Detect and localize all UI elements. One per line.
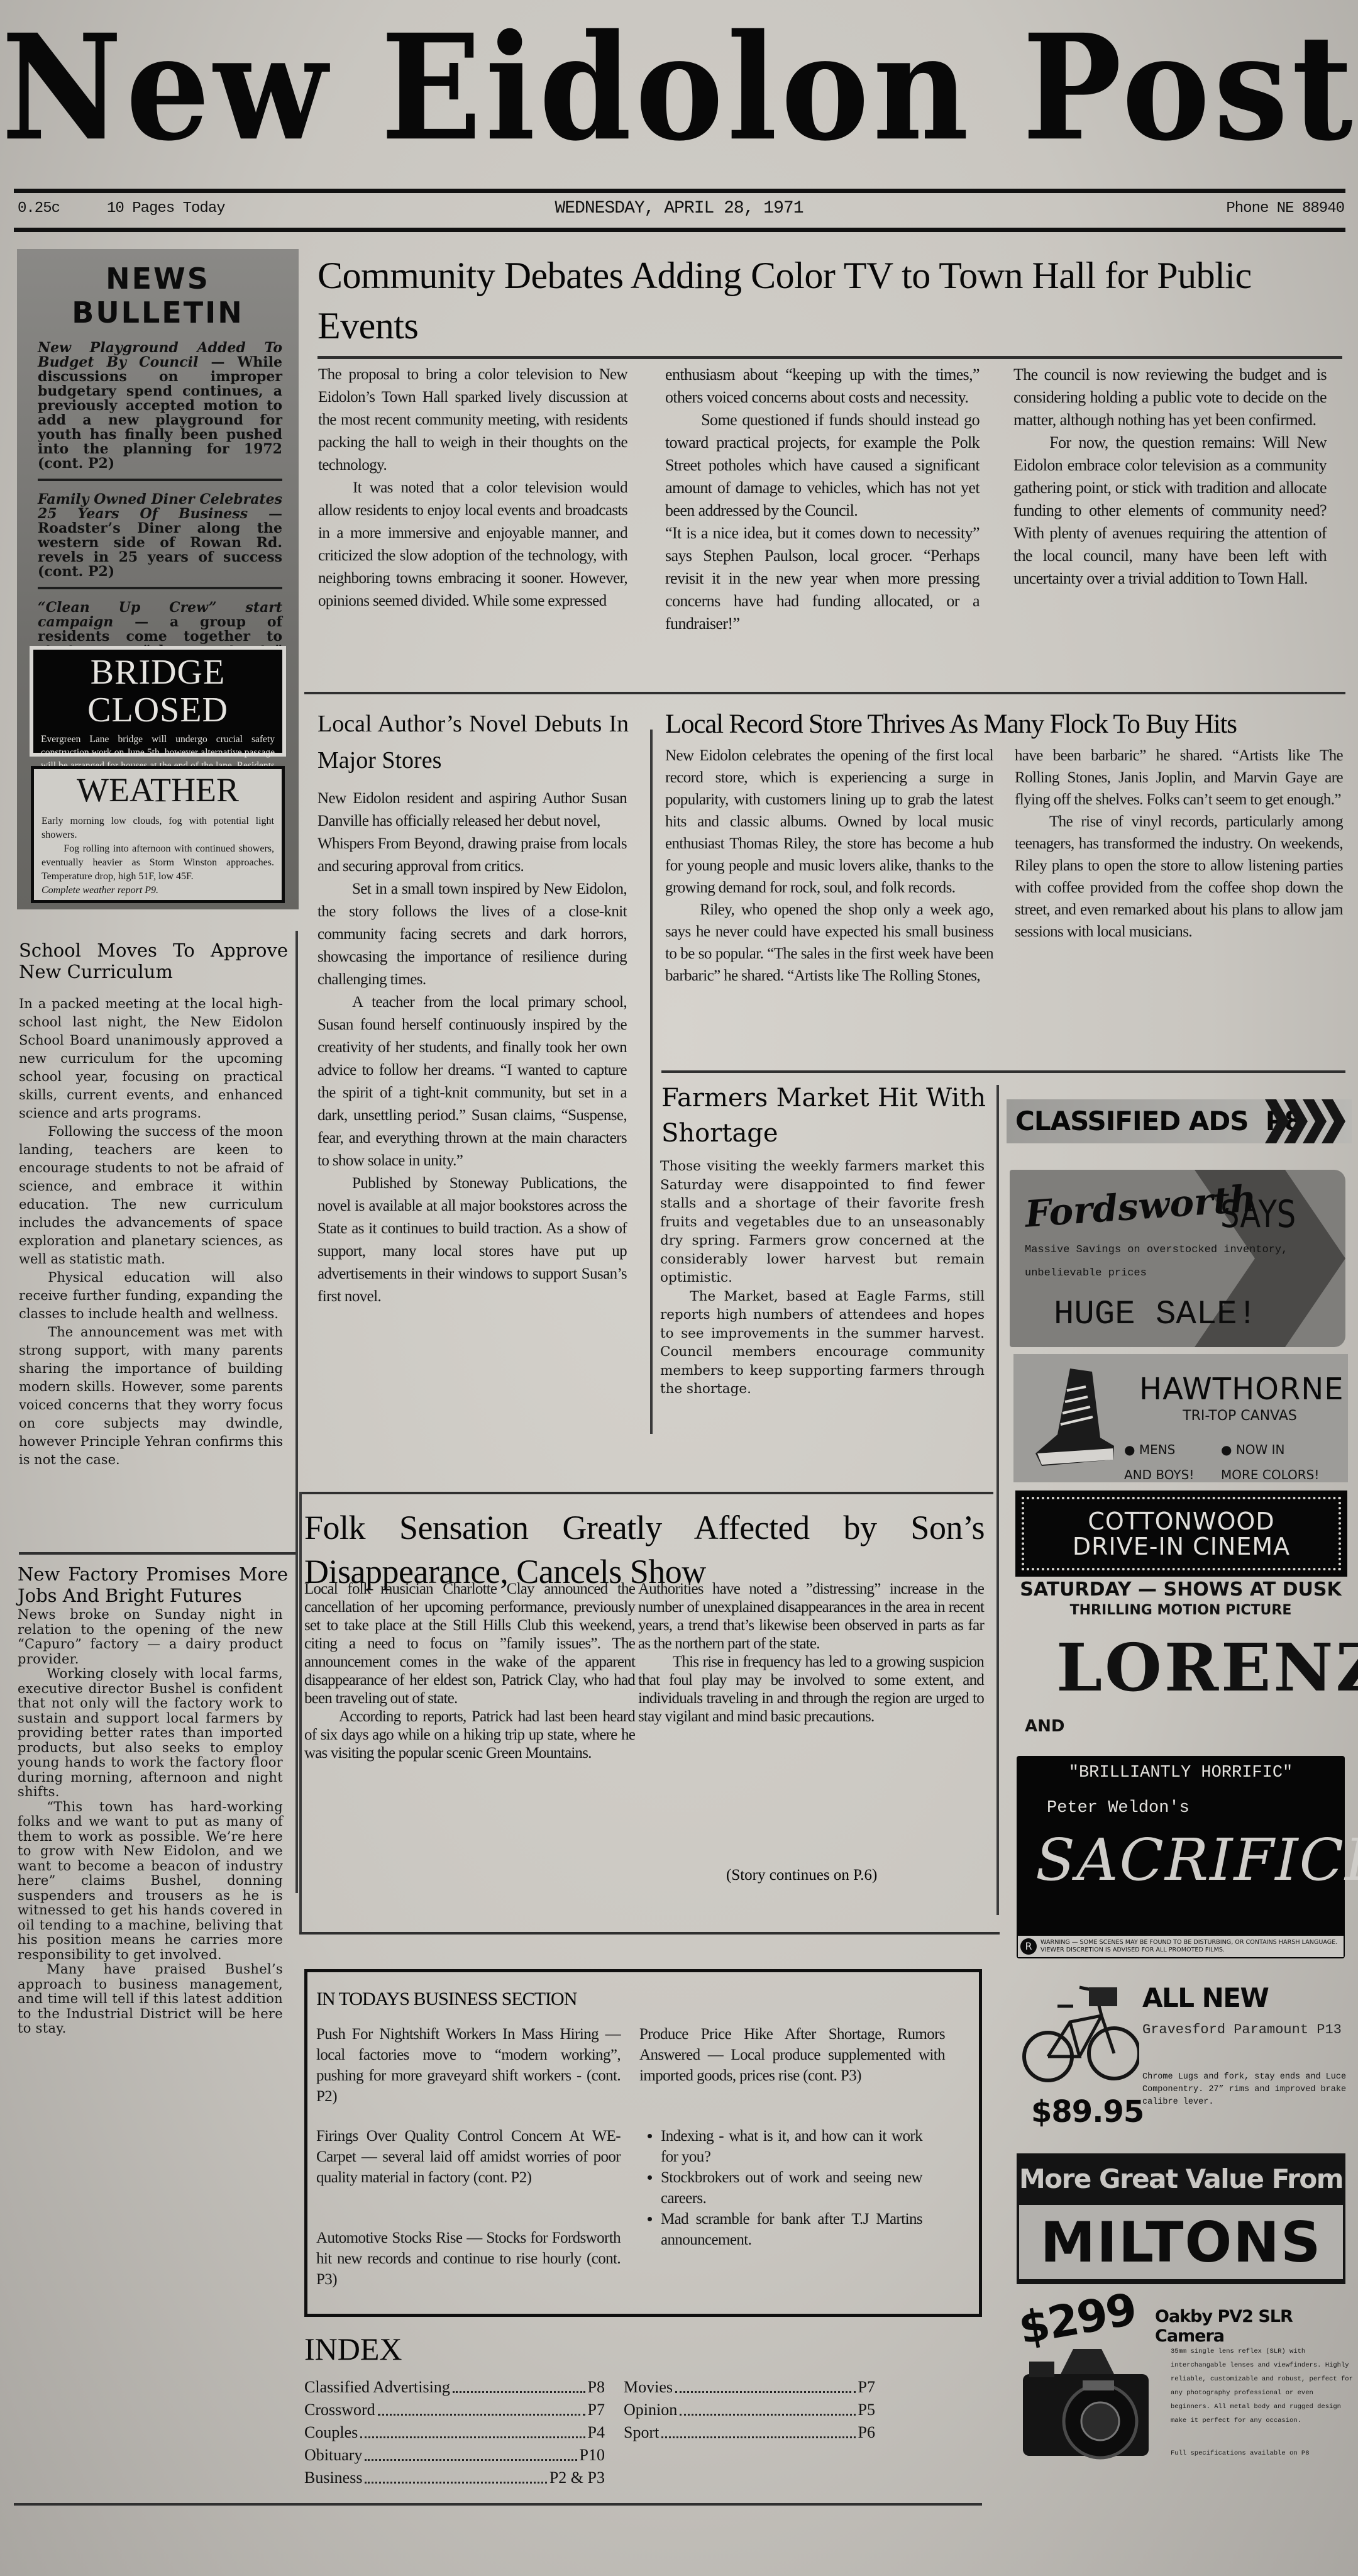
bridge-closed-notice: BRIDGE CLOSED Evergreen Lane bridge will… [30, 646, 286, 757]
business-item[interactable]: Firings Over Quality Control Concern At … [316, 2126, 621, 2188]
bulletin-item[interactable]: Family Owned Diner Celebrates 25 Years O… [38, 492, 282, 579]
lead-column-3: The council is now reviewing the budget … [1013, 364, 1327, 590]
camera-name: Oakby PV2 SLR Camera [1155, 2307, 1353, 2346]
miltons-tagline: More Great Value From [1019, 2153, 1343, 2205]
hawthorne-point-colors: ● NOW INMORE COLORS! [1221, 1437, 1319, 1487]
index-entry[interactable]: MoviesP7 [624, 2376, 875, 2399]
school-headline[interactable]: School Moves To Approve New Curriculum [19, 940, 288, 982]
issue-date: WEDNESDAY, APRIL 28, 1971 [0, 199, 1358, 218]
column-divider [996, 1085, 999, 1915]
index-entry[interactable]: CouplesP4 [304, 2421, 605, 2444]
factory-body: News broke on Sunday night in relation t… [18, 1607, 283, 2036]
weather-box: WEATHER Early morning low clouds, fog wi… [31, 766, 285, 903]
index-left-column: Classified AdvertisingP8 CrosswordP7 Cou… [304, 2376, 605, 2489]
footer-rule [14, 2503, 982, 2506]
bicycle-ad[interactable]: $89.95 ALL NEW Gravesford Paramount P13 … [1013, 1968, 1353, 2138]
masthead-rule-bottom [14, 228, 1345, 232]
factory-headline[interactable]: New Factory Promises More Jobs And Brigh… [18, 1563, 288, 1606]
bicycle-price: $89.95 [1031, 2094, 1144, 2129]
column-divider [299, 1492, 302, 1932]
camera-icon [1020, 2346, 1155, 2462]
camera-specs-link[interactable]: Full specifications available on P8 [1171, 2450, 1310, 2457]
farmers-body: Those visiting the weekly farmers market… [660, 1157, 985, 1399]
school-body: In a packed meeting at the local high-sc… [19, 995, 283, 1469]
bulletin-headline: Family Owned Diner Celebrates 25 Years O… [38, 491, 282, 522]
lead-column-2: enthusiasm about “keeping up with the ti… [665, 364, 980, 635]
index-entry[interactable]: CrosswordP7 [304, 2399, 605, 2421]
miltons-brand-box: MILTONS [1019, 2205, 1343, 2279]
record-headline[interactable]: Local Record Store Thrives As Many Flock… [665, 704, 1350, 745]
column-divider [650, 730, 653, 1434]
business-item[interactable]: Automotive Stocks Rise — Stocks for Ford… [316, 2228, 621, 2290]
record-column-2: have been barbaric” he shared. “Artists … [1015, 745, 1343, 943]
column-divider [295, 931, 298, 1893]
hawthorne-point-mens: ● MENSAND BOYS! [1124, 1437, 1194, 1487]
business-bullet-list: Indexing - what is it, and how can it wo… [639, 2126, 922, 2250]
cinema-name-2: DRIVE-IN CINEMA [1073, 1534, 1290, 1559]
film-warning: R WARNING — SOME SCENES MAY BE FOUND TO … [1018, 1936, 1344, 1957]
folk-continued-link[interactable]: (Story continues on P.6) [726, 1867, 877, 1884]
business-bullet[interactable]: Stockbrokers out of work and seeing new … [661, 2167, 922, 2209]
section-rule [661, 1070, 1345, 1073]
index-title: INDEX [304, 2332, 402, 2367]
sneaker-icon [1032, 1365, 1120, 1472]
index-entry[interactable]: SportP6 [624, 2421, 875, 2444]
weather-title: WEATHER [41, 772, 274, 808]
bulletin-divider [38, 587, 282, 589]
miltons-ad[interactable]: More Great Value From MILTONS [1017, 2153, 1345, 2284]
business-item[interactable]: Push For Nightshift Workers In Mass Hiri… [316, 2024, 621, 2107]
folk-column-2: Authorities have noted a ”distressing” i… [638, 1580, 984, 1726]
author-headline[interactable]: Local Author’s Novel Debuts In Major Sto… [317, 706, 629, 779]
film-quote: "BRILLIANTLY HORRIFIC" [1017, 1763, 1345, 1782]
chevrons-icon [1265, 1099, 1347, 1143]
index-entry[interactable]: BusinessP2 & P3 [304, 2467, 605, 2489]
camera-price: $299 [1015, 2283, 1139, 2354]
bicycle-description: Chrome Lugs and fork, stay ends and Luce… [1142, 2071, 1350, 2109]
index-entry[interactable]: ObituaryP10 [304, 2444, 605, 2467]
classified-ads-banner[interactable]: CLASSIFIED ADS P8 [1007, 1099, 1352, 1143]
fordsworth-cta: HUGE SALE! [1054, 1296, 1257, 1334]
index-entry[interactable]: OpinionP5 [624, 2399, 875, 2421]
section-rule [304, 692, 1345, 694]
hawthorne-ad[interactable]: HAWTHORNE TRI-TOP CANVAS ● MENSAND BOYS!… [1013, 1354, 1348, 1482]
fordsworth-line2: unbelievable prices [1025, 1267, 1147, 1279]
film-director: Peter Weldon's [1047, 1799, 1190, 1818]
lead-column-1: The proposal to bring a color television… [318, 364, 627, 613]
section-rule [302, 1492, 993, 1494]
bridge-title: BRIDGE CLOSED [41, 653, 275, 729]
index-entry[interactable]: Classified AdvertisingP8 [304, 2376, 605, 2399]
phone-number: Phone NE 88940 [1226, 200, 1344, 217]
camera-description: 35mm single lens reflex (SLR) with inter… [1171, 2345, 1353, 2428]
cottonwood-cinema-ad[interactable]: COTTONWOOD DRIVE-IN CINEMA [1015, 1491, 1347, 1577]
film-lorenzo: LORENZO [1056, 1629, 1358, 1706]
weather-forecast-morning: Early morning low clouds, fog with poten… [41, 814, 274, 842]
bicycle-icon [1020, 1978, 1139, 2091]
business-bullet[interactable]: Mad scramble for bank after T.J Martins … [661, 2209, 922, 2250]
sacrifice-film-ad[interactable]: "BRILLIANTLY HORRIFIC" Peter Weldon's SA… [1017, 1756, 1345, 1958]
cinema-and: AND [1025, 1717, 1064, 1736]
masthead-title: New Eidolon Post [0, 5, 1358, 171]
business-item[interactable]: Produce Price Hike After Shortage, Rumor… [639, 2024, 945, 2086]
cinema-name-1: COTTONWOOD [1088, 1509, 1274, 1534]
lead-headline[interactable]: Community Debates Adding Color TV to Tow… [317, 250, 1342, 351]
folk-column-1: Local folk musician Charlotte Clay annou… [304, 1580, 635, 1762]
cinema-tagline: THRILLING MOTION PICTURE [1013, 1602, 1348, 1618]
business-title: IN TODAYS BUSINESS SECTION [316, 1989, 577, 2009]
section-rule [19, 1552, 297, 1555]
bicycle-headline: ALL NEW [1142, 1982, 1268, 2013]
fordsworth-line1: Massive Savings on overstocked inventory… [1025, 1244, 1288, 1256]
lead-rule [317, 356, 1342, 359]
business-section-box: IN TODAYS BUSINESS SECTION Push For Nigh… [304, 1969, 982, 2317]
business-bullet[interactable]: Indexing - what is it, and how can it wo… [661, 2126, 922, 2167]
record-column-1: New Eidolon celebrates the opening of th… [665, 745, 993, 987]
weather-forecast-afternoon: Fog rolling into afternoon with continue… [41, 842, 274, 884]
film-sacrifice: SACRIFICE [1035, 1826, 1325, 1894]
classified-label: CLASSIFIED ADS [1015, 1106, 1248, 1136]
weather-report-link[interactable]: Complete weather report P9. [41, 884, 274, 897]
hawthorne-brand: HAWTHORNE [1139, 1372, 1340, 1407]
bulletin-title: NEWS BULLETIN [17, 262, 299, 330]
miltons-brand: MILTONS [1041, 2210, 1322, 2275]
index-right: MoviesP7 OpinionP5 SportP6 [624, 2376, 875, 2444]
bulletin-divider [38, 479, 282, 481]
cinema-schedule: SATURDAY — SHOWS AT DUSK [1013, 1579, 1348, 1601]
fordsworth-says: SAYS [1220, 1192, 1296, 1236]
bicycle-model: Gravesford Paramount P13 [1142, 2021, 1350, 2039]
farmers-headline[interactable]: Farmers Market Hit With Shortage [661, 1080, 986, 1151]
fordsworth-ad[interactable]: Fordsworth SAYS Massive Savings on overs… [1010, 1170, 1345, 1347]
masthead-rule-top [14, 189, 1345, 193]
camera-ad[interactable]: $299 Oakby PV2 SLR Camera 35mm single le… [1013, 2289, 1353, 2472]
rating-r-icon: R [1020, 1938, 1037, 1955]
section-rule [299, 1932, 1000, 1935]
hawthorne-sub: TRI-TOP CANVAS [1139, 1408, 1340, 1424]
author-body: New Eidolon resident and aspiring Author… [317, 787, 627, 1308]
bulletin-item[interactable]: New Playground Added To Budget By Counci… [38, 341, 282, 471]
